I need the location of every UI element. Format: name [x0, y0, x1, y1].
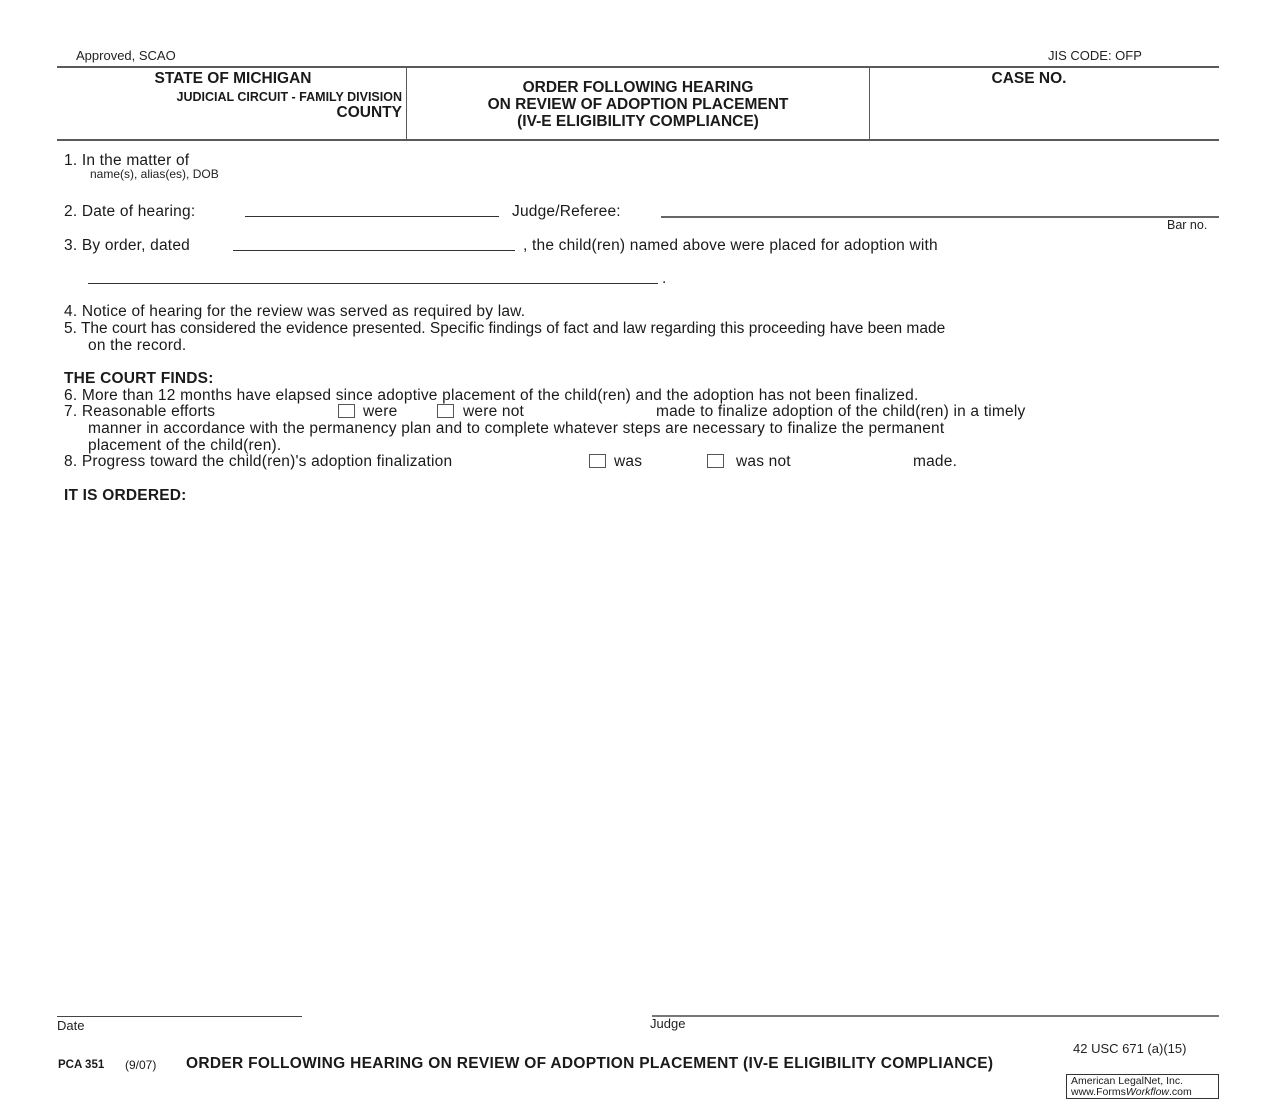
item-5-text-line-1: 5. The court has considered the evidence… — [64, 320, 945, 338]
item-5-text-line-2: on the record. — [88, 337, 186, 355]
item-3-prefix: 3. By order, dated — [64, 237, 190, 255]
item-3-period: . — [662, 270, 667, 288]
date-signature-line[interactable] — [57, 1016, 302, 1017]
date-label: Date — [57, 1018, 84, 1033]
judge-signature-line[interactable] — [652, 1015, 1219, 1017]
progress-was-not-label: was not — [736, 453, 791, 471]
judge-referee-field[interactable] — [661, 216, 1219, 218]
case-no-label: CASE NO. — [870, 70, 1188, 88]
item-8-prefix: 8. Progress toward the child(ren)'s adop… — [64, 453, 452, 471]
header-bottom-rule — [57, 139, 1219, 141]
ordered-text-area[interactable] — [64, 512, 1219, 992]
county-label: COUNTY — [60, 104, 402, 122]
approved-label: Approved, SCAO — [76, 48, 176, 63]
jis-code-label: JIS CODE: OFP — [1048, 48, 1142, 63]
circuit-label: JUDICIAL CIRCUIT - FAMILY DIVISION — [60, 90, 402, 104]
item-3-suffix: , the child(ren) named above were placed… — [523, 237, 938, 255]
court-finds-heading: THE COURT FINDS: — [64, 370, 214, 388]
publisher-url[interactable]: www.FormsWorkflow.com — [1071, 1087, 1218, 1098]
item-7-prefix: 7. Reasonable efforts — [64, 403, 215, 421]
item-8-suffix: made. — [913, 453, 957, 471]
footer-form-title: ORDER FOLLOWING HEARING ON REVIEW OF ADO… — [186, 1055, 993, 1073]
judge-label: Judge — [650, 1016, 685, 1031]
order-date-field[interactable] — [233, 250, 515, 251]
form-number: PCA 351 — [58, 1059, 104, 1071]
item-2-date-label: 2. Date of hearing: — [64, 203, 195, 221]
item-1-sublabel: name(s), alias(es), DOB — [90, 167, 219, 181]
item-4-text: 4. Notice of hearing for the review was … — [64, 303, 525, 321]
form-revision: (9/07) — [125, 1058, 156, 1072]
header-top-rule — [57, 66, 1219, 68]
item-7-line-2: manner in accordance with the permanency… — [88, 420, 944, 438]
efforts-were-not-label: were not — [463, 403, 524, 421]
hearing-date-field[interactable] — [245, 216, 499, 217]
statute-reference: 42 USC 671 (a)(15) — [1073, 1041, 1186, 1056]
efforts-were-checkbox[interactable] — [338, 404, 355, 418]
efforts-were-not-checkbox[interactable] — [437, 404, 454, 418]
placed-with-field[interactable] — [88, 283, 658, 284]
judge-referee-label: Judge/Referee: — [512, 203, 621, 221]
case-no-field[interactable] — [880, 92, 1210, 132]
state-label: STATE OF MICHIGAN — [60, 70, 406, 88]
it-is-ordered-heading: IT IS ORDERED: — [64, 487, 187, 505]
form-title-line-2: ON REVIEW OF ADOPTION PLACEMENT — [407, 96, 869, 114]
item-7-suffix: made to finalize adoption of the child(r… — [656, 403, 1025, 421]
progress-was-label: was — [614, 453, 642, 471]
progress-was-checkbox[interactable] — [589, 454, 606, 468]
bar-no-label: Bar no. — [1167, 218, 1207, 232]
form-title-line-1: ORDER FOLLOWING HEARING — [407, 79, 869, 97]
progress-was-not-checkbox[interactable] — [707, 454, 724, 468]
matter-of-field[interactable] — [240, 152, 1210, 188]
publisher-box[interactable]: American LegalNet, Inc. www.FormsWorkflo… — [1066, 1074, 1219, 1099]
efforts-were-label: were — [363, 403, 397, 421]
form-title-line-3: (IV-E ELIGIBILITY COMPLIANCE) — [407, 113, 869, 131]
